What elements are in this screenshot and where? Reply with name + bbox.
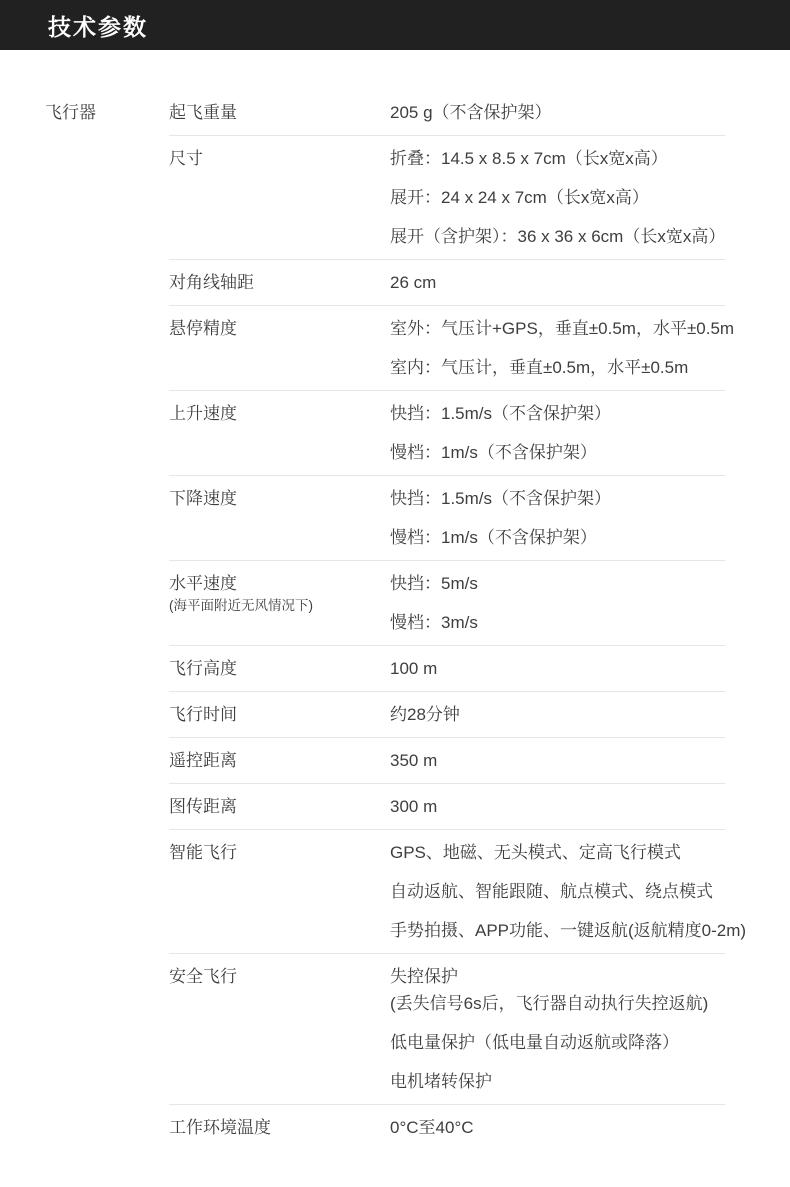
param-value: 手势拍摄、APP功能、一键返航(返航精度0-2m) [390, 918, 725, 943]
param-value: 100 m [390, 656, 725, 681]
param-value: 快挡：1.5m/s（不含保护架） [390, 486, 725, 511]
param-value: 自动返航、智能跟随、航点模式、绕点模式 [390, 879, 725, 904]
spec-content: 飞行器 起飞重量 205 g（不含保护架） 尺寸 折叠：14.5 x 8.5 x… [0, 50, 790, 1150]
category-label: 飞行器 [45, 90, 169, 1150]
spec-row-diagonal-wheelbase: 对角线轴距 26 cm [169, 260, 725, 306]
param-note: (海平面附近无风情况下) [169, 596, 390, 616]
param-name: 智能飞行 [169, 840, 390, 943]
param-name: 下降速度 [169, 486, 390, 550]
param-value: 快挡：5m/s [390, 571, 725, 596]
param-value: GPS、地磁、无头模式、定高飞行模式 [390, 840, 725, 865]
param-value: 展开（含护架）：36 x 36 x 6cm（长x宽x高） [390, 224, 725, 249]
param-value: 快挡：1.5m/s（不含保护架） [390, 401, 725, 426]
param-value: 室外：气压计+GPS，垂直±0.5m，水平±0.5m [390, 316, 725, 341]
param-value: 低电量保护（低电量自动返航或降落） [390, 1030, 725, 1055]
spec-table: 起飞重量 205 g（不含保护架） 尺寸 折叠：14.5 x 8.5 x 7cm… [169, 90, 725, 1150]
param-value: 展开：24 x 24 x 7cm（长x宽x高） [390, 185, 725, 210]
spec-row-safe-flight: 安全飞行 失控保护 (丢失信号6s后，飞行器自动执行失控返航) 低电量保护（低电… [169, 954, 725, 1105]
spec-row-hover-accuracy: 悬停精度 室外：气压计+GPS，垂直±0.5m，水平±0.5m 室内：气压计，垂… [169, 306, 725, 391]
param-value: 慢档：1m/s（不含保护架） [390, 525, 725, 550]
param-value: 约28分钟 [390, 702, 725, 727]
spec-row-descent-speed: 下降速度 快挡：1.5m/s（不含保护架） 慢档：1m/s（不含保护架） [169, 476, 725, 561]
spec-page: 技术参数 飞行器 起飞重量 205 g（不含保护架） 尺寸 折叠：14.5 x … [0, 0, 790, 1187]
param-value: 室内：气压计，垂直±0.5m，水平±0.5m [390, 355, 725, 380]
param-name: 工作环境温度 [169, 1115, 390, 1140]
param-name: 上升速度 [169, 401, 390, 465]
param-value-note: (丢失信号6s后，飞行器自动执行失控返航) [390, 991, 725, 1016]
spec-row-dimensions: 尺寸 折叠：14.5 x 8.5 x 7cm（长x宽x高） 展开：24 x 24… [169, 136, 725, 260]
param-value: 350 m [390, 748, 725, 773]
spec-row-takeoff-weight: 起飞重量 205 g（不含保护架） [169, 90, 725, 136]
spec-row-operating-temperature: 工作环境温度 0°C至40°C [169, 1105, 725, 1150]
param-value: 折叠：14.5 x 8.5 x 7cm（长x宽x高） [390, 146, 725, 171]
spec-row-ascent-speed: 上升速度 快挡：1.5m/s（不含保护架） 慢档：1m/s（不含保护架） [169, 391, 725, 476]
spec-row-remote-distance: 遥控距离 350 m [169, 738, 725, 784]
param-name: 尺寸 [169, 146, 390, 249]
page-title: 技术参数 [48, 9, 148, 42]
param-name: 飞行时间 [169, 702, 390, 727]
param-name: 遥控距离 [169, 748, 390, 773]
param-name: 水平速度 [169, 571, 390, 596]
spec-row-flight-altitude: 飞行高度 100 m [169, 646, 725, 692]
param-name: 飞行高度 [169, 656, 390, 681]
spec-row-intelligent-flight: 智能飞行 GPS、地磁、无头模式、定高飞行模式 自动返航、智能跟随、航点模式、绕… [169, 830, 725, 954]
spec-row-image-transmission-distance: 图传距离 300 m [169, 784, 725, 830]
param-value: 慢档：1m/s（不含保护架） [390, 440, 725, 465]
param-value: 26 cm [390, 270, 725, 295]
param-value: 205 g（不含保护架） [390, 100, 725, 125]
param-name: 安全飞行 [169, 964, 390, 1094]
spec-row-flight-time: 飞行时间 约28分钟 [169, 692, 725, 738]
param-name: 悬停精度 [169, 316, 390, 380]
param-name: 起飞重量 [169, 100, 390, 125]
section-header-bar: 技术参数 [0, 0, 790, 50]
param-value: 300 m [390, 794, 725, 819]
param-name: 对角线轴距 [169, 270, 390, 295]
param-name: 图传距离 [169, 794, 390, 819]
param-value: 慢档：3m/s [390, 610, 725, 635]
param-value: 失控保护 [390, 964, 725, 989]
spec-row-horizontal-speed: 水平速度 (海平面附近无风情况下) 快挡：5m/s 慢档：3m/s [169, 561, 725, 646]
param-value: 电机堵转保护 [390, 1069, 725, 1094]
param-value: 0°C至40°C [390, 1115, 725, 1140]
